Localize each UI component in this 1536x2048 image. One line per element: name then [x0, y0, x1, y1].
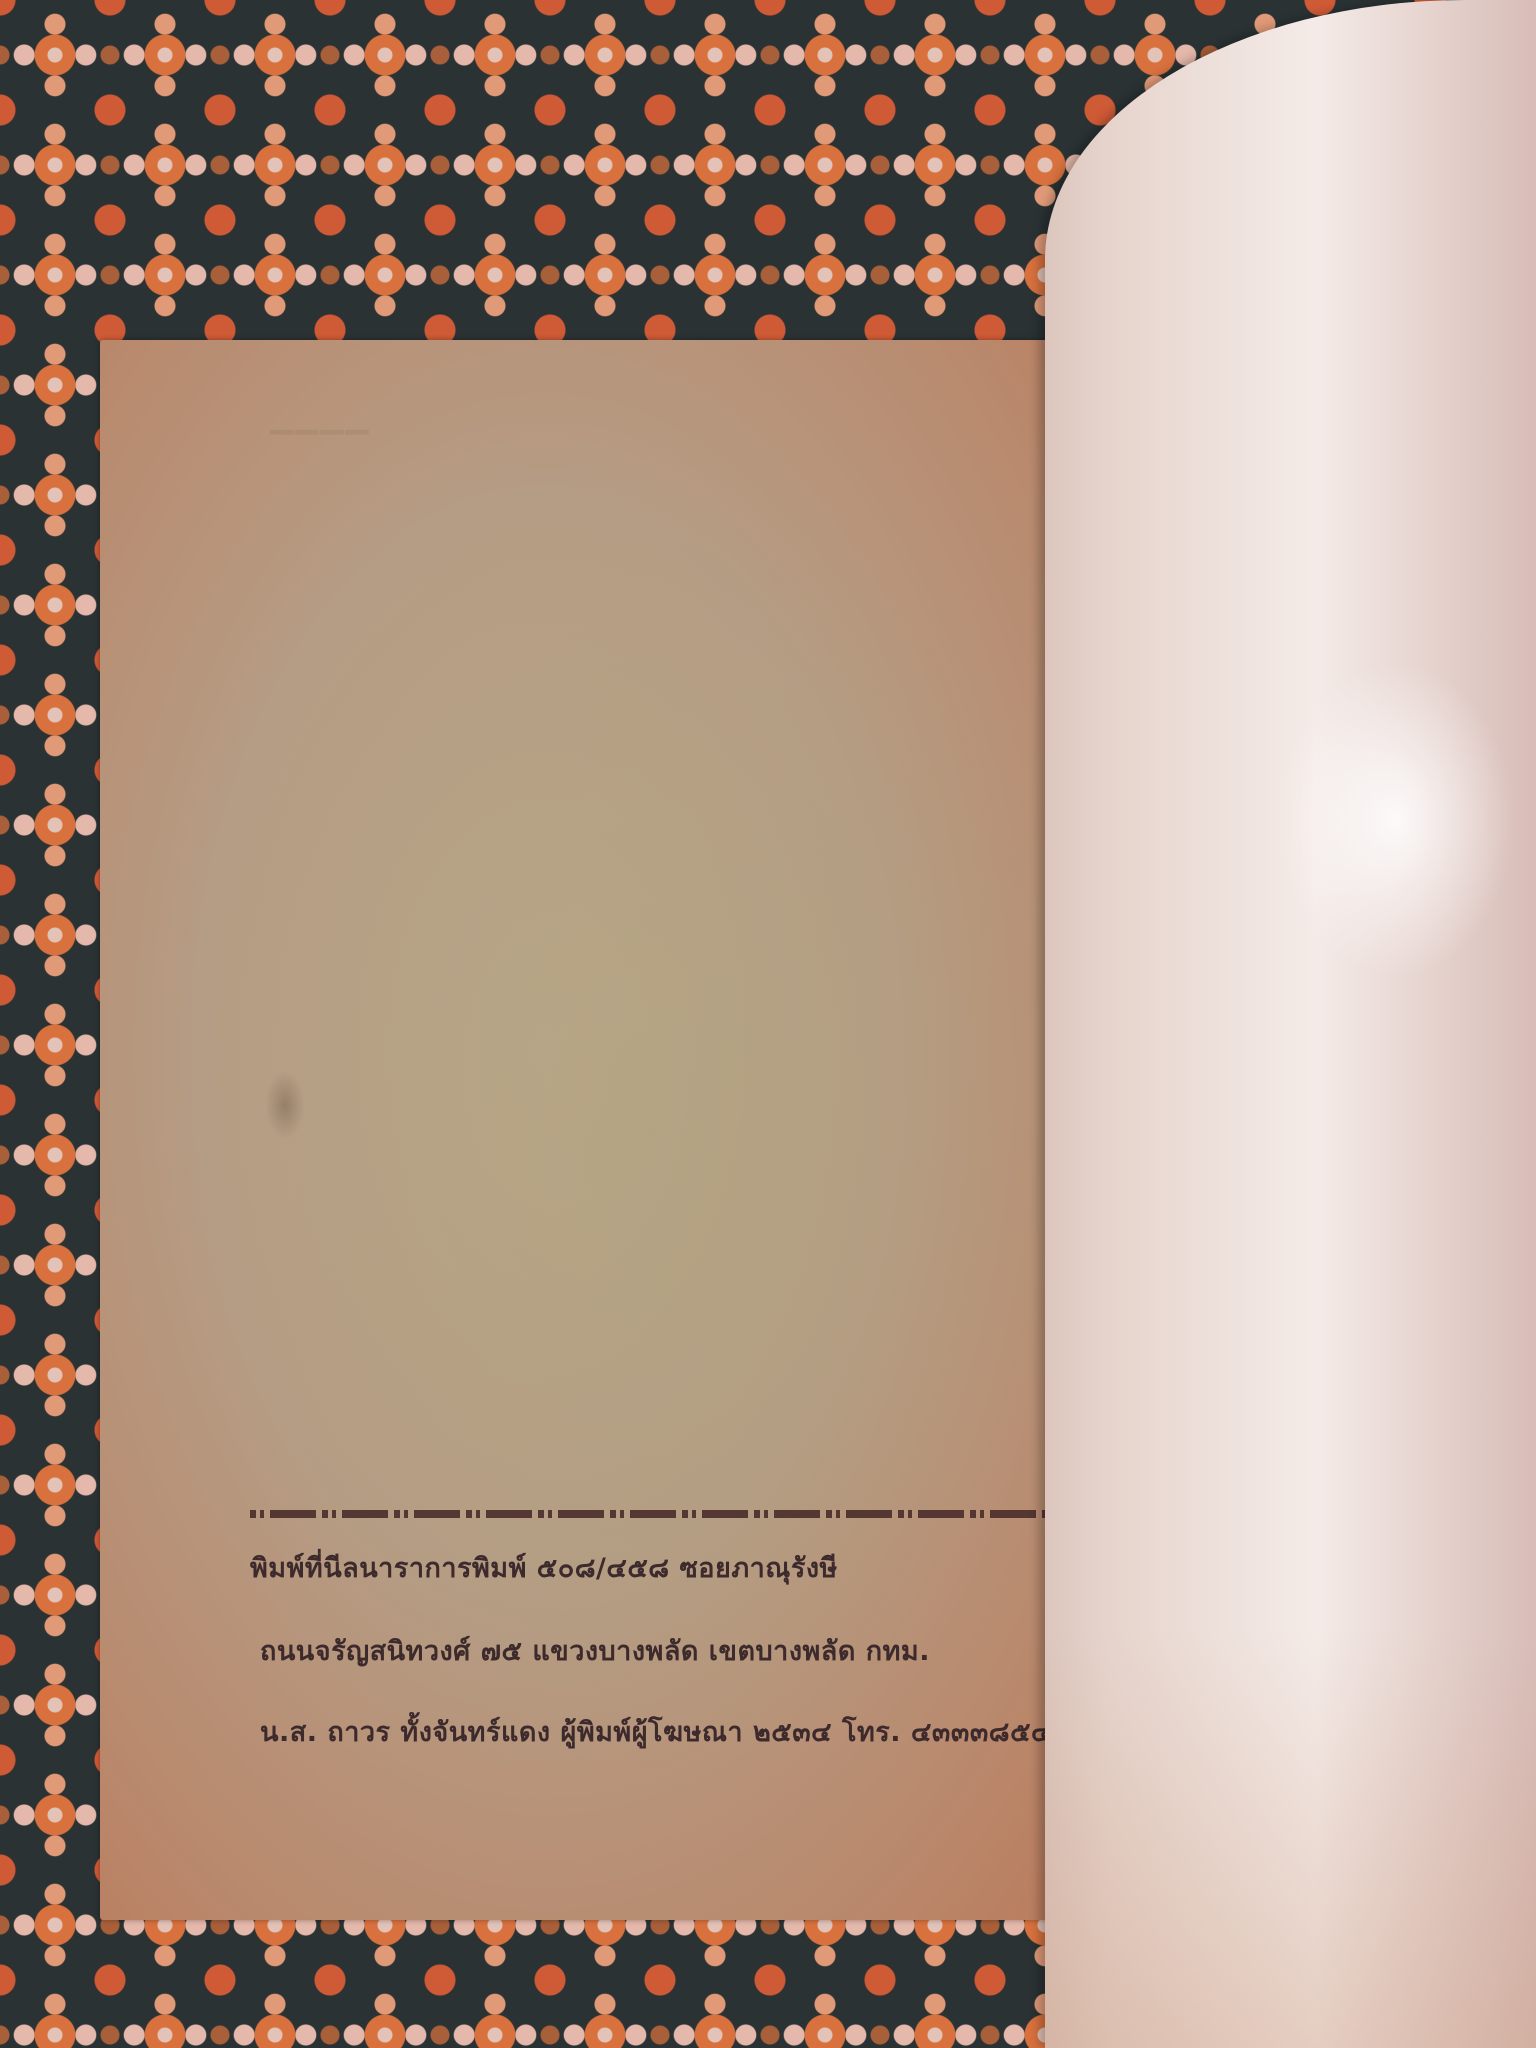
imprint-line-publisher: น.ส. ถาวร ทั้งจันทร์แดง ผู้พิมพ์ผู้โฆษณา… [260, 1710, 1090, 1753]
dashed-divider-rule [250, 1510, 1080, 1518]
curled-right-page[interactable] [1045, 0, 1536, 2048]
imprint-line-address: ถนนจรัญสนิทวงศ์ ๗๕ แขวงบางพลัด เขตบางพลั… [260, 1629, 1090, 1672]
imprint-line-printer: พิมพ์ที่นีลนาราการพิมพ์ ๕๐๘/๔๕๘ ซอยภาณุร… [250, 1546, 1090, 1589]
page-stain [265, 1070, 305, 1140]
printer-imprint: พิมพ์ที่นีลนาราการพิมพ์ ๕๐๘/๔๕๘ ซอยภาณุร… [250, 1510, 1090, 1753]
left-book-page: ▁▁▁▁ พิมพ์ที่นีลนาราการพิมพ์ ๕๐๘/๔๕๘ ซอย… [100, 340, 1090, 1920]
bleed-through-text: ▁▁▁▁ [270, 400, 970, 435]
